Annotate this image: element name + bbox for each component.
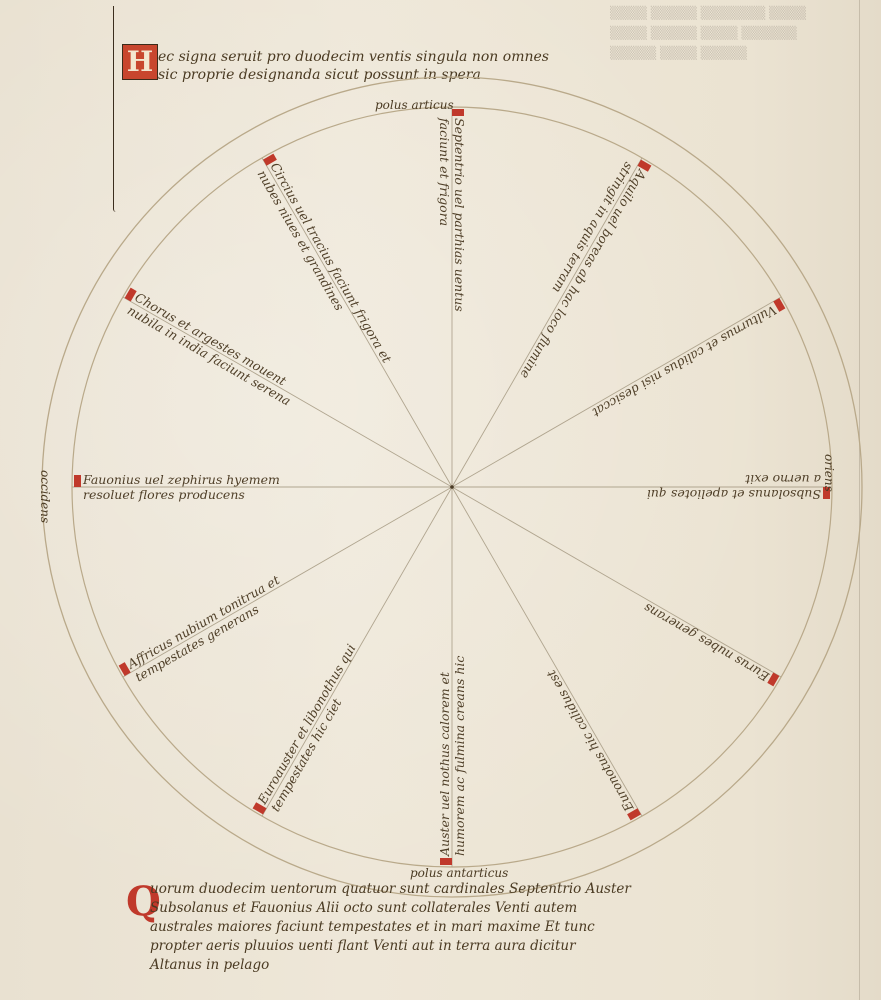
wind-label-eurus: Eurus nubes generans (641, 600, 779, 689)
footer-line-3: australes maiores faciunt tempestates et… (150, 918, 710, 937)
svg-text:Eurus nubes generans: Eurus nubes generans (641, 600, 773, 685)
spoke-euronotus (452, 487, 642, 816)
wind-label-africus: Affricus nubium tonitrua ettempestates g… (117, 572, 290, 689)
wind-diagram: Septentrio uel parthias uentusfaciunt et… (0, 0, 881, 1000)
footer-line-2: Subsolanus et Fauonius Alii octo sunt co… (150, 899, 710, 918)
wind-label-aquilo: Aquilo uel boreas ab hac loco fluminestr… (504, 152, 654, 381)
svg-text:nubes niues et grandines: nubes niues et grandines (255, 167, 348, 313)
svg-text:Septentrio uel parthias uentus: Septentrio uel parthias uentus (452, 118, 467, 312)
pole-north-label: polus articus (375, 98, 454, 112)
footer-line-1: uorum duodecim uentorum quatuor sunt car… (150, 880, 710, 899)
manuscript-page: ▒▒▒▒ ▒▒▒▒▒ ▒▒▒▒▒▒▒ ▒▒▒▒ ▒▒▒▒ ▒▒▒▒▒ ▒▒▒▒ … (0, 0, 881, 1000)
footer-line-5: Altanus in pelago (150, 956, 710, 975)
cardinal-west-label: occidens (38, 470, 52, 523)
svg-text:Affricus nubium tonitrua et: Affricus nubium tonitrua et (124, 572, 283, 672)
svg-text:Subsolanus et apeliotes qui: Subsolanus et apeliotes qui (647, 487, 821, 502)
wind-label-euronotus: Euronotus hic calidus est (543, 667, 641, 822)
svg-text:resoluet flores producens: resoluet flores producens (83, 487, 245, 502)
rubric-initial-auster (440, 858, 452, 865)
svg-text:humorem ac fulmina creans hic: humorem ac fulmina creans hic (452, 656, 467, 856)
svg-text:Fauonius uel zephirus hyemem: Fauonius uel zephirus hyemem (82, 472, 280, 487)
svg-text:Vulturnus et calidus nisi desi: Vulturnus et calidus nisi desiccat (589, 303, 779, 421)
svg-text:stringit in aquis terram: stringit in aquis terram (549, 160, 636, 296)
cardinal-east-label: oriens (822, 454, 836, 492)
svg-text:a uerno exit: a uerno exit (744, 472, 821, 487)
rubric-initial-septentrio (452, 109, 464, 116)
svg-text:Circius uel tracius faciunt fr: Circius uel tracius faciunt frigora et (268, 160, 396, 366)
wind-label-vulturnus: Vulturnus et calidus nisi desiccat (589, 298, 787, 421)
rubric-initial-favonius (74, 475, 81, 487)
svg-text:faciunt et frigora: faciunt et frigora (437, 117, 452, 226)
svg-text:Euroauster et libonothus qui: Euroauster et libonothus qui (254, 641, 359, 807)
spoke-vulturnus (452, 297, 781, 487)
wind-label-auster: Auster uel nothus calorem ethumorem ac f… (437, 656, 467, 865)
wind-label-libonotus: Euroauster et libonothus quitempestates … (250, 641, 371, 821)
svg-text:Euronotus hic calidus est: Euronotus hic calidus est (543, 667, 637, 815)
svg-text:Aquilo uel boreas ab hac loco: Aquilo uel boreas ab hac loco flumine (517, 167, 650, 382)
footer-line-4: propter aeris pluuios uenti flant Venti … (150, 937, 710, 956)
svg-text:nubila in india faciunt serena: nubila in india faciunt serena (125, 303, 293, 409)
diagram-center (450, 485, 454, 489)
svg-text:Chorus et argestes mouent: Chorus et argestes mouent (132, 290, 289, 389)
wind-label-chorus: Chorus et argestes mouentnubila in india… (117, 285, 301, 408)
footer-text: uorum duodecim uentorum quatuor sunt car… (150, 880, 710, 975)
wind-label-circius: Circius uel tracius faciunt frigora etnu… (250, 152, 395, 373)
svg-text:Auster uel nothus calorem et: Auster uel nothus calorem et (437, 671, 452, 857)
pole-south-label: polus antarticus (410, 866, 508, 880)
